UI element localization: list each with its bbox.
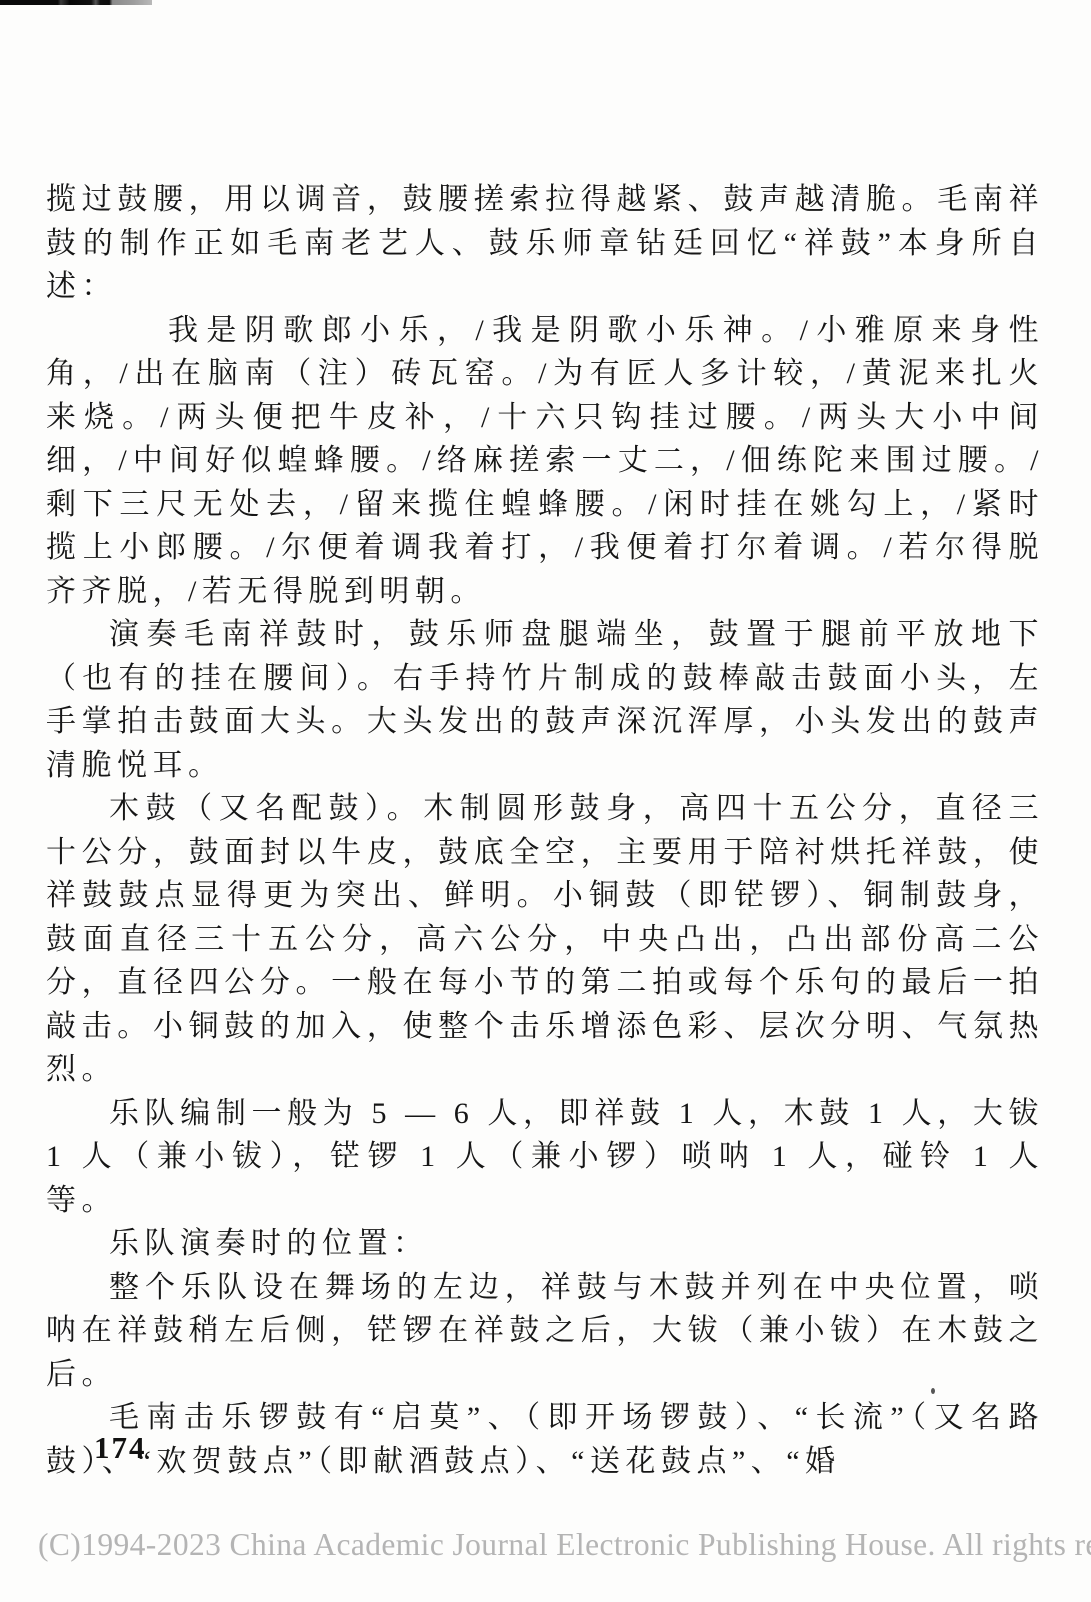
paragraph-band-position-heading: 乐队演奏时的位置： <box>46 1222 1044 1266</box>
paragraph-gong-drum-names: 毛南击乐锣鼓有“启莫”、（即开场锣鼓）、“长流”（又名路鼓）、“欢贺鼓点”（即献… <box>46 1396 1044 1483</box>
page-number: 174 <box>94 1430 147 1466</box>
scan-speck <box>931 1388 935 1394</box>
copyright-watermark: (C)1994-2023 China Academic Journal Elec… <box>38 1527 1091 1563</box>
paragraph-wooden-drum: 木鼓（又名配鼓）。木制圆形鼓身，高四十五公分，直径三十公分，鼓面封以牛皮，鼓底全… <box>46 787 1044 1092</box>
paragraph-band-layout: 整个乐队设在舞场的左边，祥鼓与木鼓并列在中央位置，唢呐在祥鼓稍左后侧，铓锣在祥鼓… <box>46 1266 1044 1397</box>
page-text-block: 揽过鼓腰，用以调音，鼓腰搓索拉得越紧、鼓声越清脆。毛南祥鼓的制作正如毛南老艺人、… <box>46 178 1044 1483</box>
paragraph-band-size: 乐队编制一般为 5 — 6 人，即祥鼓 1 人，木鼓 1 人，大钹 1 人（兼小… <box>46 1092 1044 1223</box>
paragraph-drum-song-quote: 我是阴歌郎小乐，/我是阴歌小乐神。/小雅原来身性角，/出在脑南（注）砖瓦窑。/为… <box>46 309 1044 614</box>
paragraph-continuation: 揽过鼓腰，用以调音，鼓腰搓索拉得越紧、鼓声越清脆。毛南祥鼓的制作正如毛南老艺人、… <box>46 178 1044 309</box>
scan-noise-top-edge <box>0 0 152 5</box>
paragraph-performance-posture: 演奏毛南祥鼓时，鼓乐师盘腿端坐，鼓置于腿前平放地下（也有的挂在腰间）。右手持竹片… <box>46 613 1044 787</box>
